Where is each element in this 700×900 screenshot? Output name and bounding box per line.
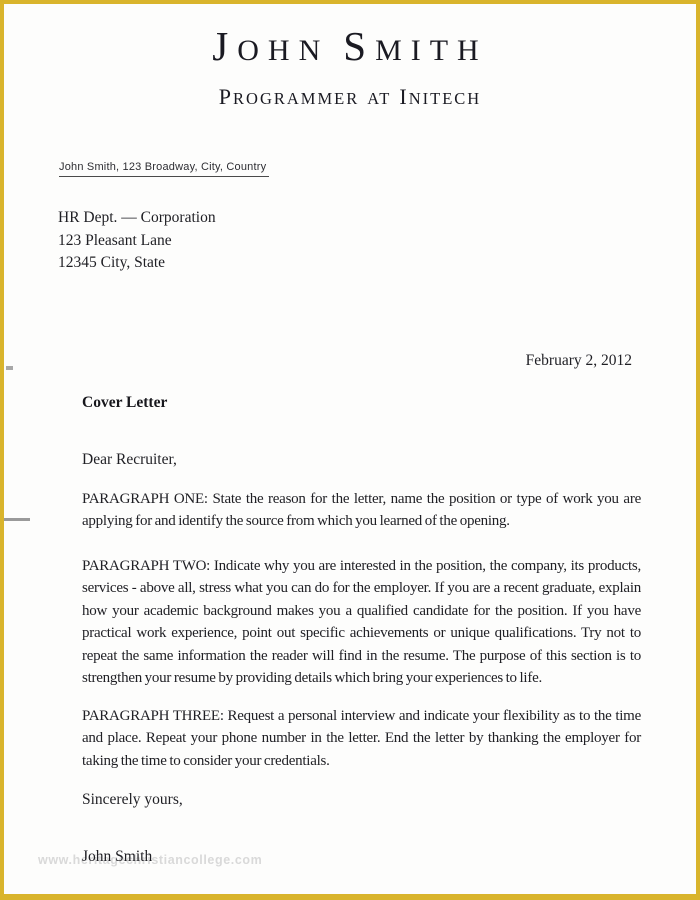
paragraph-two: PARAGRAPH TWO: Indicate why you are inte… — [82, 555, 641, 689]
name-smallcaps: OHN — [237, 34, 329, 67]
name-smallcaps: MITH — [375, 34, 488, 67]
name-initial: J — [212, 23, 237, 69]
recipient-address: HR Dept. — Corporation 123 Pleasant Lane… — [58, 207, 216, 275]
letter-subject: Cover Letter — [82, 394, 167, 412]
subtitle-smallcaps: NITECH — [409, 89, 482, 108]
recipient-line: 12345 City, State — [58, 252, 216, 275]
subtitle-smallcaps: ROGRAMMER — [233, 89, 359, 108]
sender-address-line: John Smith, 123 Broadway, City, Country — [59, 161, 269, 177]
closing-line: Sincerely yours, — [82, 791, 183, 809]
subtitle-smallcaps: AT — [367, 89, 391, 108]
fold-mark-center — [4, 518, 30, 521]
recipient-line: 123 Pleasant Lane — [58, 230, 216, 253]
paragraph-one: PARAGRAPH ONE: State the reason for the … — [82, 488, 641, 533]
letterhead: JOHNSMITH PROGRAMMERATINITECH — [4, 22, 696, 110]
paragraph-three: PARAGRAPH THREE: Request a personal inte… — [82, 705, 641, 772]
letter-date: February 2, 2012 — [526, 352, 632, 370]
salutation: Dear Recruiter, — [82, 451, 177, 469]
subtitle-initial: I — [399, 84, 408, 109]
letterhead-name: JOHNSMITH — [4, 22, 696, 70]
subtitle-initial: P — [219, 84, 233, 109]
letterhead-job-title: PROGRAMMERATINITECH — [4, 84, 696, 110]
signature-name: John Smith — [82, 848, 152, 866]
letter-page: JOHNSMITH PROGRAMMERATINITECH John Smith… — [0, 0, 700, 900]
name-initial: S — [343, 23, 375, 69]
recipient-line: HR Dept. — Corporation — [58, 207, 216, 230]
fold-mark-top — [6, 366, 13, 370]
